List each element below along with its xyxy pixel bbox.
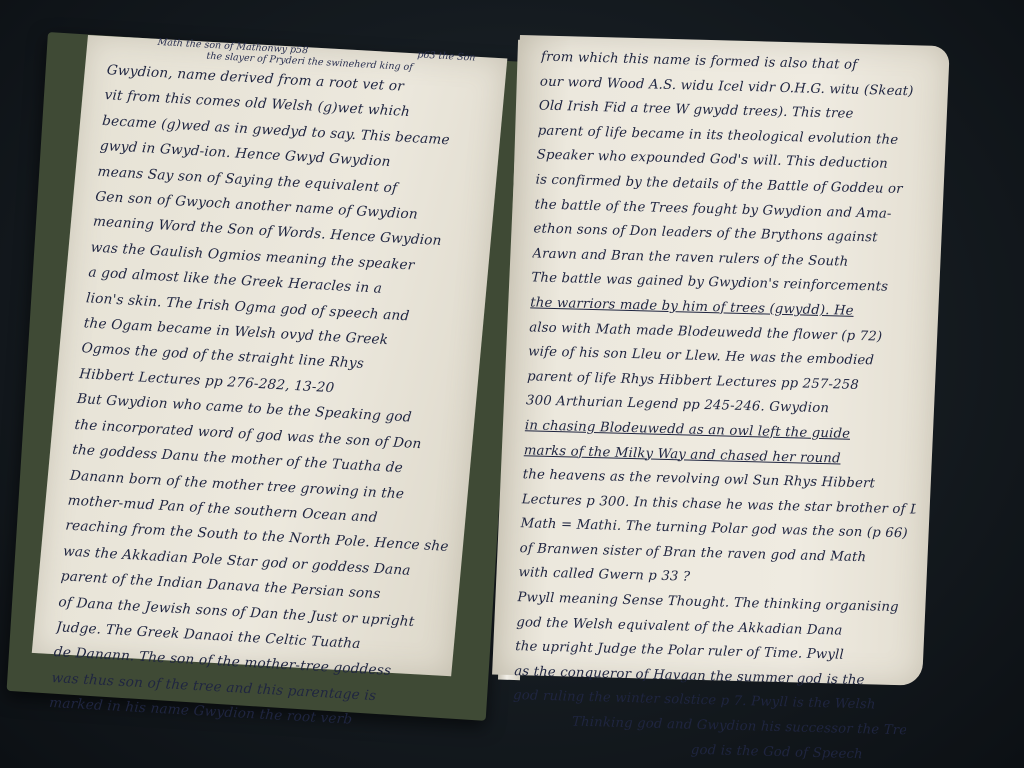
open-notebook: Math the son of Mathonwy p58 p63 the Son…	[0, 0, 1024, 768]
header-note: p63 the Son	[417, 49, 476, 63]
right-page-text: from which this name is formed is also t…	[510, 46, 935, 768]
left-page: Math the son of Mathonwy p58 p63 the Son…	[32, 35, 508, 676]
left-page-text: Gwydion, name derived from a root vet or…	[48, 58, 491, 738]
right-page: from which this name is formed is also t…	[492, 35, 950, 686]
